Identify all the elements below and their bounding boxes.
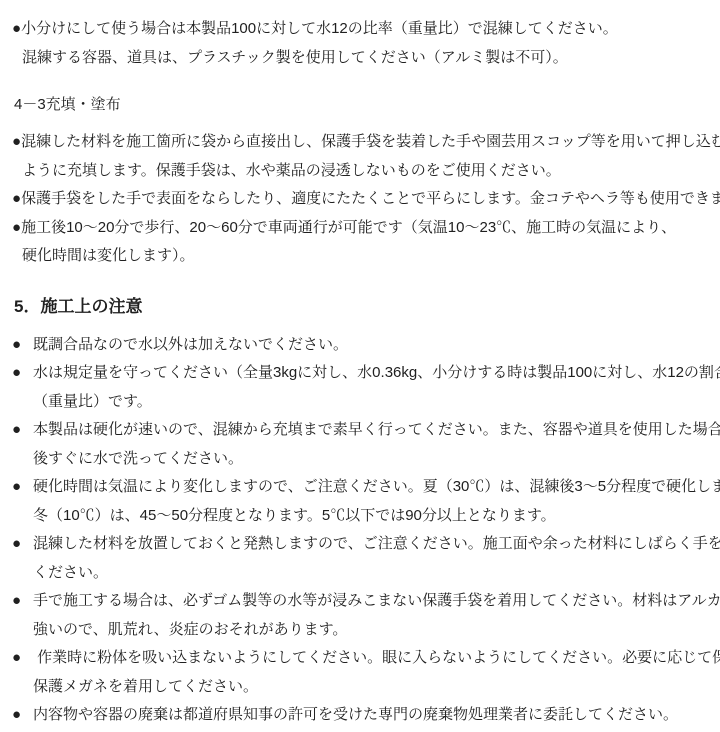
bullet-text: 保護手袋をした手で表面をならしたり、適度にたたくことで平らにします。金コテやヘラ… <box>21 190 720 207</box>
bullet-icon: ● <box>12 331 33 360</box>
bullet-icon: ● <box>12 416 33 445</box>
text-line: ●既調合品なので水以外は加えないでください。 <box>12 331 712 360</box>
text-line: 保護メガネを着用してください。 <box>12 673 712 702</box>
bullet-icon: ● <box>12 133 21 150</box>
text-line: 硬化時間は変化します）。 <box>12 242 712 271</box>
bullet-item: ●硬化時間は気温により変化しますので、ご注意ください。夏（30℃）は、混練後3～… <box>12 473 712 530</box>
bullet-text: 混練した材料を放置しておくと発熱しますので、ご注意ください。施工面や余った材料に… <box>33 535 720 552</box>
text-line: ●施工後10～20分で歩行、20～60分で車両通行が可能です（気温10～23℃、… <box>12 214 712 243</box>
bullet-text: 内容物や容器の廃棄は都道府県知事の許可を受けた専門の廃棄物処理業者に委託してくだ… <box>33 706 678 723</box>
bullet-icon: ● <box>12 530 33 559</box>
bullet-item: ●混練した材料を放置しておくと発熱しますので、ご注意ください。施工面や余った材料… <box>12 530 712 587</box>
bullet-item: ●手で施工する場合は、必ずゴム製等の水等が浸みこまない保護手袋を着用してください… <box>12 587 712 644</box>
text-line: ●混練した材料を放置しておくと発熱しますので、ご注意ください。施工面や余った材料… <box>12 530 712 559</box>
bullet-item: ●水は規定量を守ってください（全量3kgに対し、水0.36kg、小分けする時は製… <box>12 359 712 416</box>
bullet-text: 手で施工する場合は、必ずゴム製等の水等が浸みこまない保護手袋を着用してください。… <box>33 592 720 609</box>
text-line: ● 作業時に粉体を吸い込まないようにしてください。眼に入らないようにしてください… <box>12 644 712 673</box>
text-line: ●内容物や容器の廃棄は都道府県知事の許可を受けた専門の廃棄物処理業者に委託してく… <box>12 701 712 730</box>
bullet-text: 作業時に粉体を吸い込まないようにしてください。眼に入らないようにしてください。必… <box>33 649 720 666</box>
section-4-3: ●混練した材料を施工箇所に袋から直接出し、保護手袋を装着した手や園芸用スコップ等… <box>12 128 712 271</box>
text-line: 混練する容器、道具は、プラスチック製を使用してください（アルミ製は不可）。 <box>12 44 712 73</box>
bullet-text: 水は規定量を守ってください（全量3kgに対し、水0.36kg、小分けする時は製品… <box>33 364 720 381</box>
text-line: ように充填します。保護手袋は、水や薬品の浸透しないものをご使用ください。 <box>12 157 712 186</box>
text-line: ●小分けにして使う場合は本製品100に対して水12の比率（重量比）で混練してくだ… <box>12 15 712 44</box>
bullet-icon: ● <box>12 219 21 236</box>
section-5: ●既調合品なので水以外は加えないでください。 ●水は規定量を守ってください（全量… <box>12 331 712 730</box>
section-5-heading: 5．施工上の注意 <box>14 296 712 318</box>
text-line: 冬（10℃）は、45～50分程度となります。5℃以下では90分以上となります。 <box>12 502 712 531</box>
intro-section: ●小分けにして使う場合は本製品100に対して水12の比率（重量比）で混練してくだ… <box>12 15 712 72</box>
bullet-icon: ● <box>12 644 33 673</box>
bullet-icon: ● <box>12 20 21 37</box>
bullet-text: 本製品は硬化が速いので、混練から充填まで素早く行ってください。また、容器や道具を… <box>33 421 720 438</box>
text-line: 強いので、肌荒れ、炎症のおそれがあります。 <box>12 616 712 645</box>
bullet-item: ● 作業時に粉体を吸い込まないようにしてください。眼に入らないようにしてください… <box>12 644 712 701</box>
bullet-text: 硬化時間は気温により変化しますので、ご注意ください。夏（30℃）は、混練後3～5… <box>33 478 720 495</box>
bullet-item: ●本製品は硬化が速いので、混練から充填まで素早く行ってください。また、容器や道具… <box>12 416 712 473</box>
text-line: ●硬化時間は気温により変化しますので、ご注意ください。夏（30℃）は、混練後3～… <box>12 473 712 502</box>
bullet-icon: ● <box>12 473 33 502</box>
text-line: ●本製品は硬化が速いので、混練から充填まで素早く行ってください。また、容器や道具… <box>12 416 712 445</box>
bullet-text: 混練した材料を施工箇所に袋から直接出し、保護手袋を装着した手や園芸用スコップ等を… <box>21 133 720 150</box>
bullet-icon: ● <box>12 359 33 388</box>
bullet-icon: ● <box>12 587 33 616</box>
bullet-icon: ● <box>12 701 33 730</box>
bullet-text: 既調合品なので水以外は加えないでください。 <box>33 336 348 353</box>
text-line: ●保護手袋をした手で表面をならしたり、適度にたたくことで平らにします。金コテやヘ… <box>12 185 712 214</box>
section-4-3-heading: 4－3充填・塗布 <box>14 94 712 115</box>
document-page: ●小分けにして使う場合は本製品100に対して水12の比率（重量比）で混練してくだ… <box>0 0 720 732</box>
bullet-item: ●保護手袋をした手で表面をならしたり、適度にたたくことで平らにします。金コテやヘ… <box>12 185 712 214</box>
text-line: ください。 <box>12 559 712 588</box>
text-line: ●手で施工する場合は、必ずゴム製等の水等が浸みこまない保護手袋を着用してください… <box>12 587 712 616</box>
text-line: （重量比）です。 <box>12 388 712 417</box>
text-line: ●水は規定量を守ってください（全量3kgに対し、水0.36kg、小分けする時は製… <box>12 359 712 388</box>
bullet-icon: ● <box>12 190 21 207</box>
bullet-item: ●内容物や容器の廃棄は都道府県知事の許可を受けた専門の廃棄物処理業者に委託してく… <box>12 701 712 730</box>
bullet-item: ●小分けにして使う場合は本製品100に対して水12の比率（重量比）で混練してくだ… <box>12 15 712 72</box>
bullet-item: ●混練した材料を施工箇所に袋から直接出し、保護手袋を装着した手や園芸用スコップ等… <box>12 128 712 185</box>
text-line: 後すぐに水で洗ってください。 <box>12 445 712 474</box>
bullet-item: ●施工後10～20分で歩行、20～60分で車両通行が可能です（気温10～23℃、… <box>12 214 712 271</box>
bullet-text: 小分けにして使う場合は本製品100に対して水12の比率（重量比）で混練してくださ… <box>21 20 618 37</box>
text-line: ●混練した材料を施工箇所に袋から直接出し、保護手袋を装着した手や園芸用スコップ等… <box>12 128 712 157</box>
bullet-text: 施工後10～20分で歩行、20～60分で車両通行が可能です（気温10～23℃、施… <box>21 219 676 236</box>
bullet-item: ●既調合品なので水以外は加えないでください。 <box>12 331 712 360</box>
